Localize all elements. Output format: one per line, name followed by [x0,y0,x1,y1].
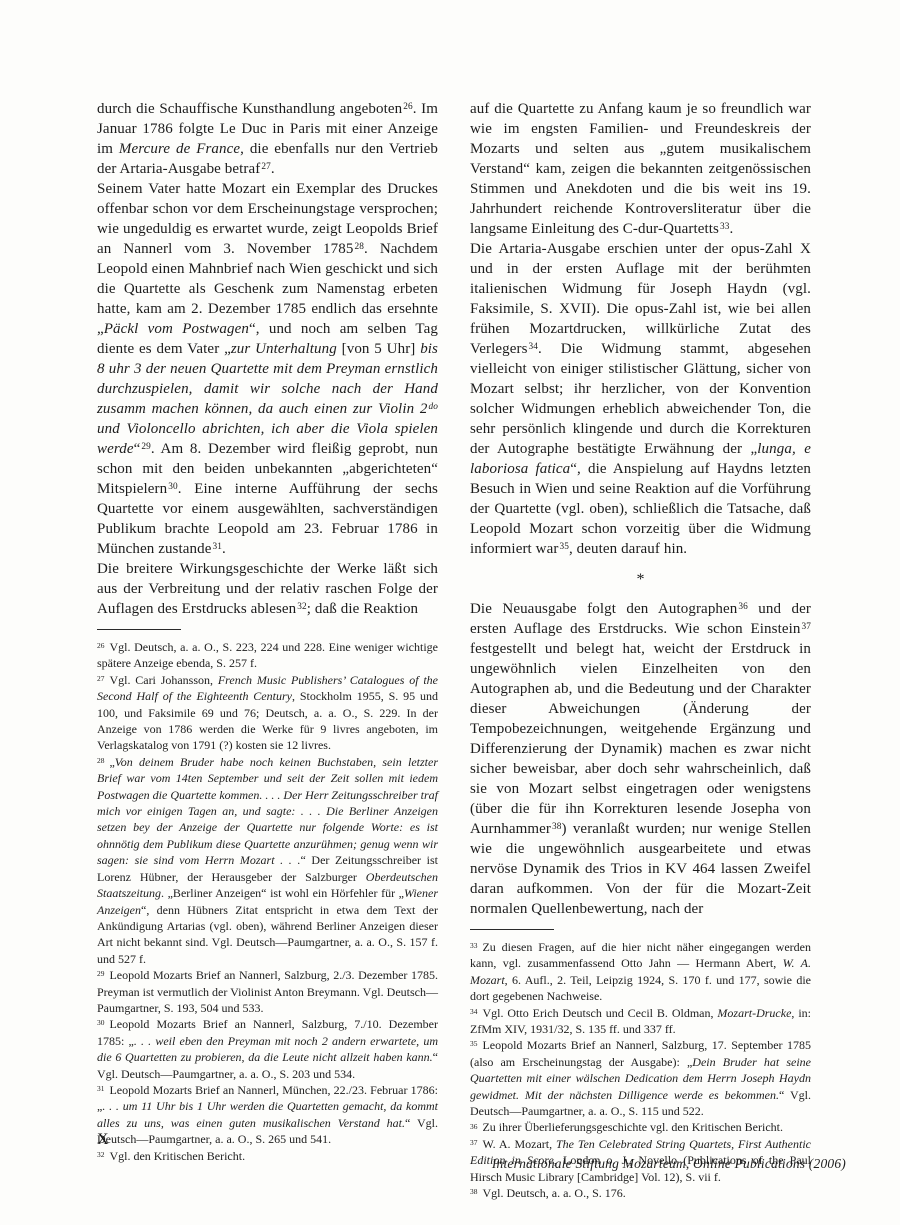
footnote: 36Zu ihrer Überlieferungsgeschichte vgl.… [470,1119,811,1135]
paragraph: Seinem Vater hatte Mozart ein Exemplar d… [97,179,438,559]
publication-credit: Internationale Stiftung Mozarteum, Onlin… [492,1156,846,1172]
footnote: 27Vgl. Cari Johansson, French Music Publ… [97,672,438,754]
right-column-body-text: auf die Quartette zu Anfang kaum je so f… [470,99,811,919]
paragraph: auf die Quartette zu Anfang kaum je so f… [470,99,811,239]
footnote-number: 35 [470,1039,477,1048]
footnote-number: 32 [97,1150,104,1159]
left-column-footnotes: 26Vgl. Deutsch, a. a. O., S. 223, 224 un… [97,639,438,1164]
footnote-number: 31 [97,1084,104,1093]
paragraph: durch die Schauffische Kunsthandlung ang… [97,99,438,179]
paragraph: Die Artaria-Ausgabe erschien unter der o… [470,239,811,559]
footnote-number: 33 [470,941,477,950]
footnote-number: 26 [97,641,104,650]
footnote: 32Vgl. den Kritischen Bericht. [97,1148,438,1164]
footnote: 34Vgl. Otto Erich Deutsch und Cecil B. O… [470,1005,811,1038]
left-column-body-text: durch die Schauffische Kunsthandlung ang… [97,99,438,619]
paragraph: Die Neuausgabe folgt den Autographen36 u… [470,599,811,919]
footnote-number: 34 [470,1007,477,1016]
footnote: 38Vgl. Deutsch, a. a. O., S. 176. [470,1185,811,1201]
footnote-separator-rule [470,929,554,930]
footnote: 28„Von deinem Bruder habe noch keinen Bu… [97,754,438,967]
section-separator-asterisk: * [470,570,811,590]
footnote-number: 30 [97,1018,104,1027]
footnote-number: 27 [97,674,104,683]
document-page: durch die Schauffische Kunsthandlung ang… [0,0,900,1225]
footnote: 26Vgl. Deutsch, a. a. O., S. 223, 224 un… [97,639,438,672]
footnote-number: 28 [97,756,104,765]
footnote-number: 36 [470,1122,477,1131]
footnote: 30Leopold Mozarts Brief an Nannerl, Salz… [97,1016,438,1082]
footnote-separator-rule [97,629,181,630]
page-number: X [97,1131,109,1149]
footnote: 33Zu diesen Fragen, auf die hier nicht n… [470,939,811,1005]
footnote: 35Leopold Mozarts Brief an Nannerl, Salz… [470,1037,811,1119]
footnote: 31Leopold Mozarts Brief an Nannerl, Münc… [97,1082,438,1148]
footnote: 29Leopold Mozarts Brief an Nannerl, Salz… [97,967,438,1016]
right-column: auf die Quartette zu Anfang kaum je so f… [470,99,811,1202]
footnote-number: 29 [97,969,104,978]
left-column: durch die Schauffische Kunsthandlung ang… [97,99,438,1164]
footnote-number: 38 [470,1187,477,1196]
footnote-number: 37 [470,1138,477,1147]
paragraph: Die breitere Wirkungsgeschichte der Werk… [97,559,438,619]
